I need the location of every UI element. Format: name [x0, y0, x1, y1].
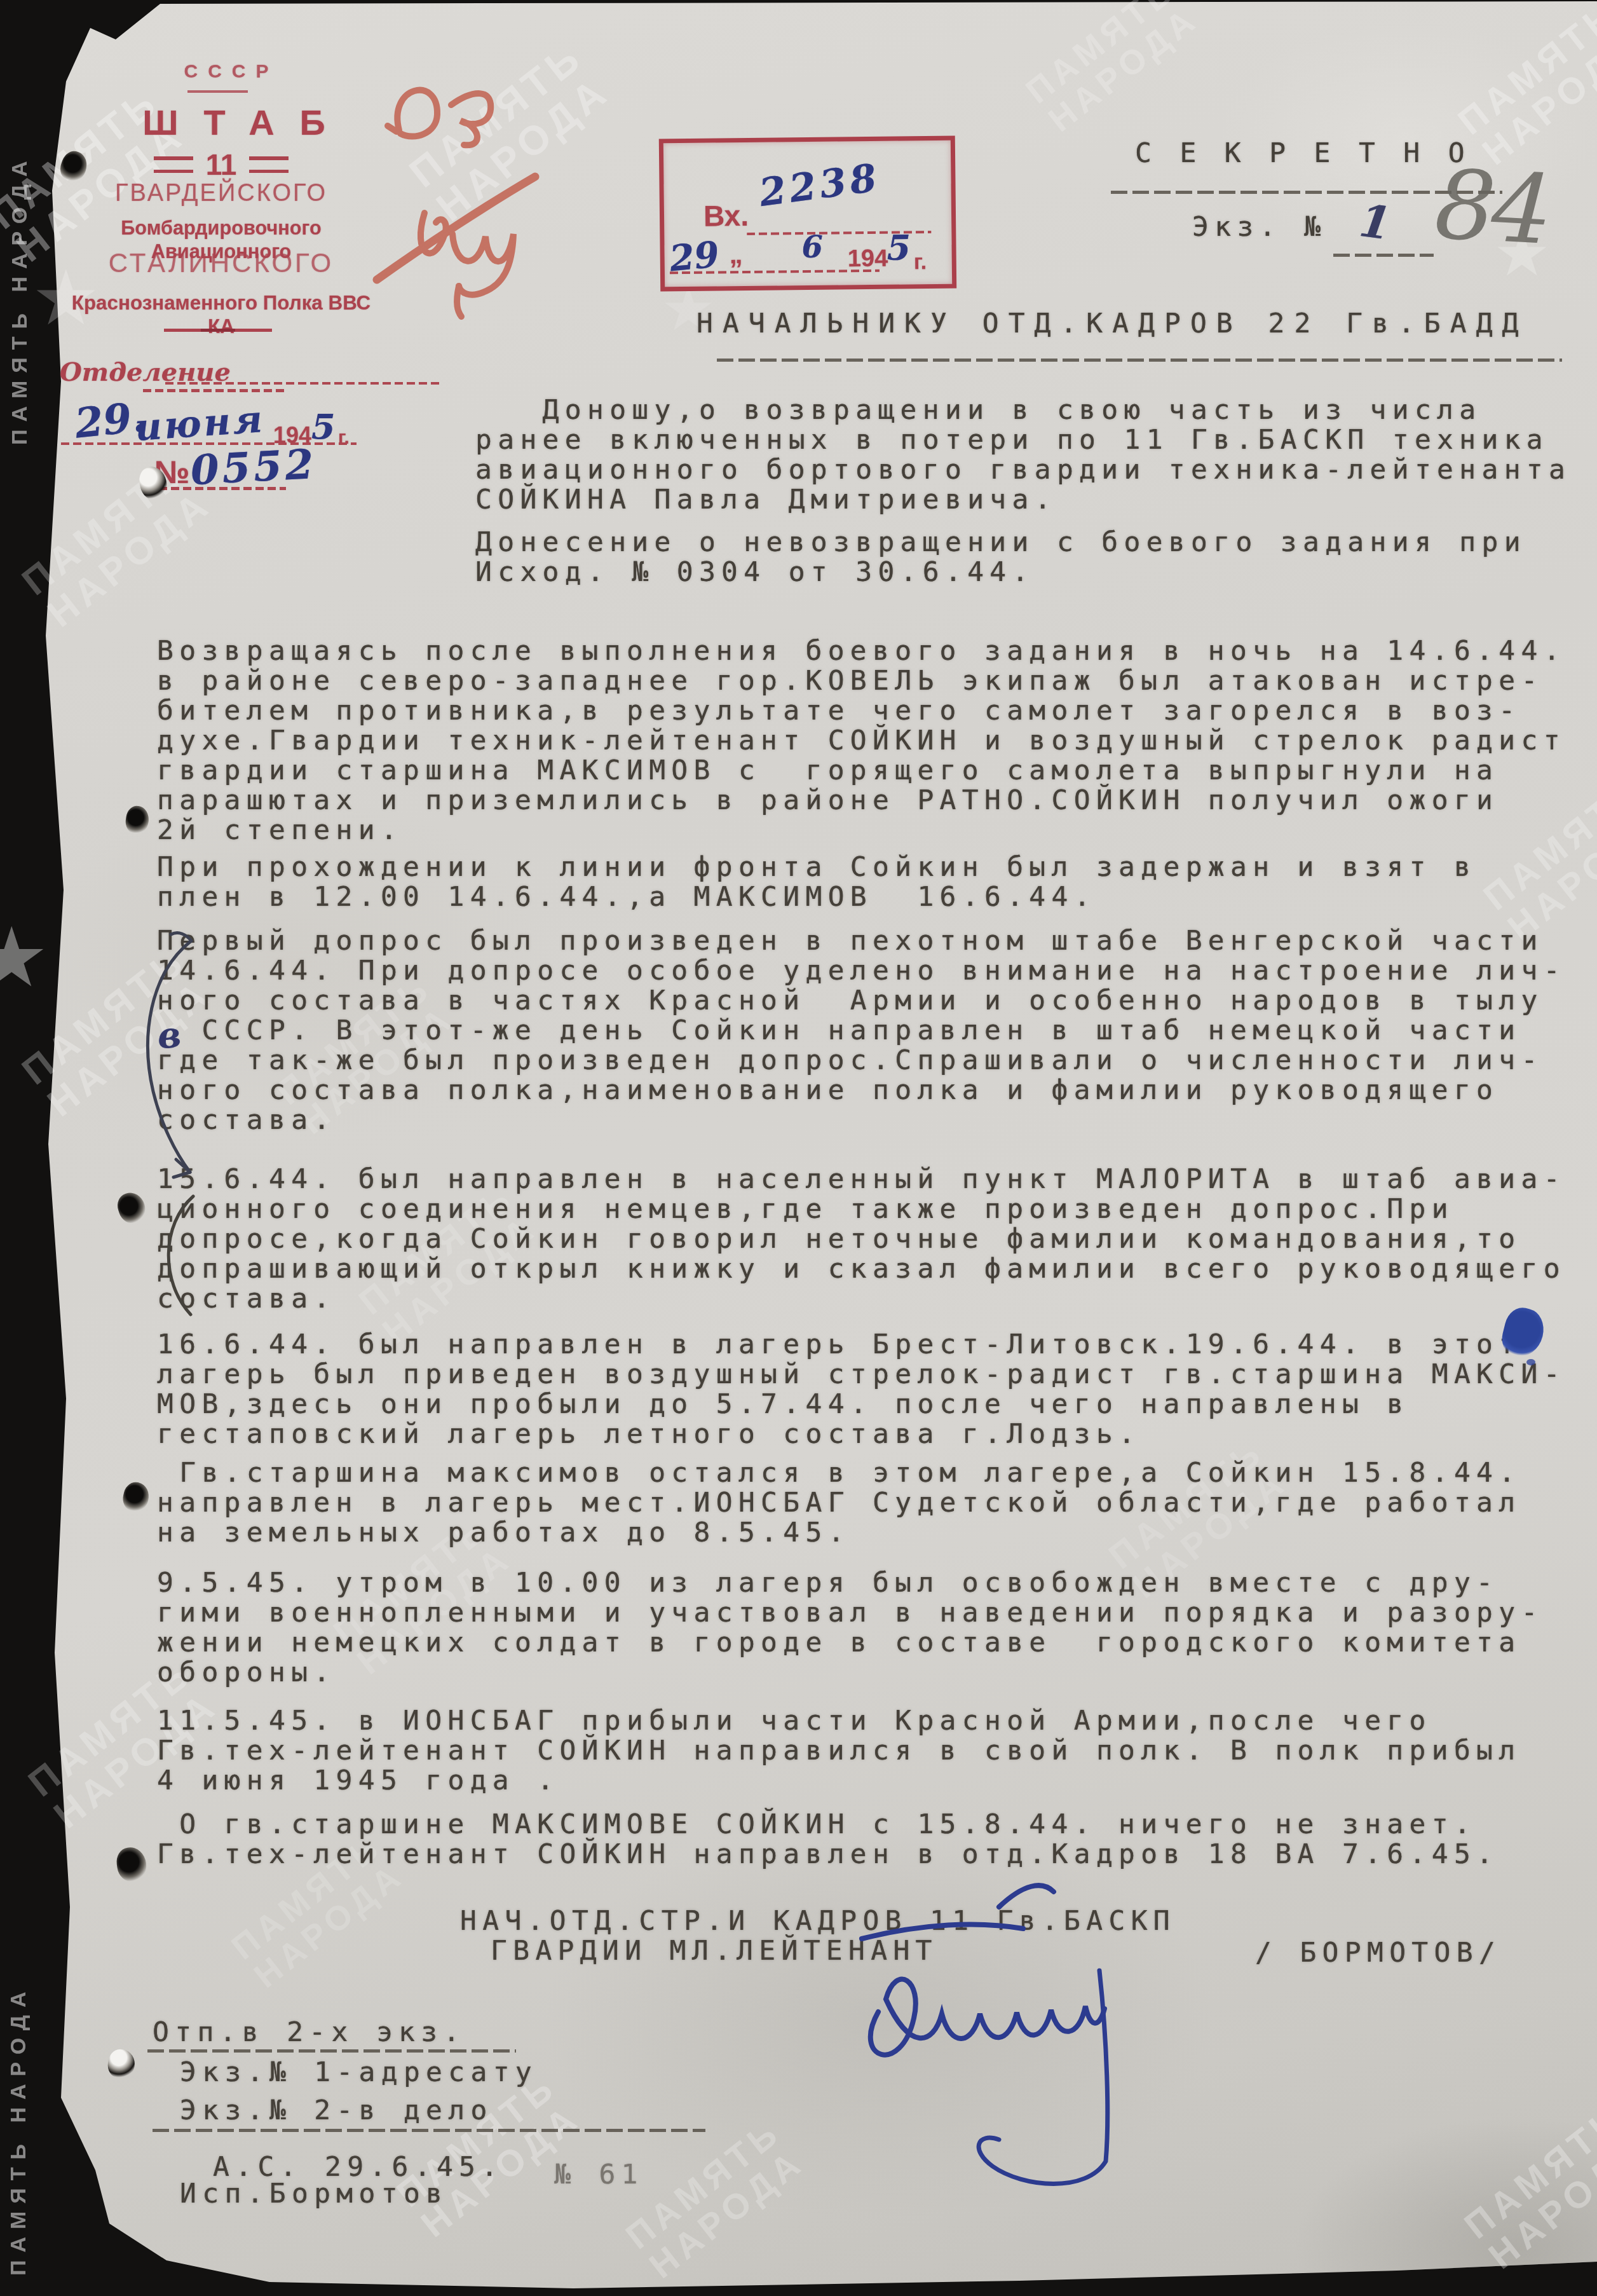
paragraph-soykin-sent: Гв.тех-лейтенант СОЙКИН направлен в отд.…: [157, 1840, 1498, 1869]
incoming-stamp: Вх. 2238 29 „ 6 194 5 г.: [659, 136, 956, 292]
double-bar-icon: [154, 156, 193, 173]
paragraph-malorita: 15.6.44. был направлен в населенный пунк…: [157, 1165, 1566, 1314]
document-scan: ПАМЯТЬ НАРОДА ПАМЯТЬ НАРОДА ПАМЯТЬ НАРОД…: [0, 0, 1597, 2296]
letterhead-regiment-number: 11: [206, 147, 237, 182]
incoming-year-handwritten: 5: [887, 227, 911, 268]
footer-copy2: Экз.№ 2-в дело: [180, 2096, 493, 2126]
footer-copies-underline: [147, 2049, 516, 2053]
incoming-label: Вх.: [703, 198, 749, 233]
paragraph-report-ref: Донесение о невозвращении с боевого зада…: [475, 528, 1526, 587]
margin-pen-arrow: [137, 929, 232, 1184]
incoming-quote: „: [729, 239, 743, 270]
footer-copy1: Экз.№ 1-адресату: [180, 2058, 538, 2088]
copy-label: Экз. №: [1192, 212, 1326, 242]
signature-ink: [832, 1862, 1252, 2206]
archive-edge-watermark: ПАМЯТЬ НАРОДА: [8, 153, 32, 445]
footer-executor: Исп.Бормотов: [180, 2179, 448, 2209]
footer-print-number: № 61: [554, 2160, 644, 2190]
date-month-handwritten: июня: [133, 397, 266, 449]
paragraph-brest-litovsk: 16.6.44. был направлен в лагерь Брест-Ли…: [157, 1330, 1566, 1449]
paragraph-liberation: 9.5.45. утром в 10.00 из лагеря был осво…: [157, 1568, 1544, 1688]
archive-edge-watermark: ПАМЯТЬ НАРОДА: [6, 1984, 31, 2276]
page-number-pencil: 84: [1432, 149, 1552, 266]
footer-copy2-underline: [153, 2129, 705, 2132]
footer-copies: Отп.в 2-х экз.: [153, 2018, 466, 2047]
incoming-year-printed: 194: [848, 245, 888, 273]
incoming-month-handwritten: 6: [801, 229, 823, 265]
letterhead-regiment-row: 11: [56, 147, 386, 182]
margin-pen-paren: [154, 1192, 205, 1320]
letterhead-stalin: СТАЛИНСКОГО: [56, 248, 386, 278]
letterhead-ornament: [164, 329, 272, 332]
paragraph-ionsbag: Гв.старшина максимов остался в этом лаге…: [157, 1458, 1521, 1548]
red-pencil-annotation: [343, 70, 699, 400]
margin-insert-handwritten: в: [156, 1014, 182, 1057]
letterhead-stamp: СССР ШТАБ 11 ГВАРДЕЙСКОГО Бомбардировочн…: [56, 53, 386, 517]
secret-label: С Е К Р Е Т Н О: [1135, 139, 1471, 168]
letterhead-department-line2: [143, 389, 288, 392]
signatory-name: / БОРМОТОВ/: [1255, 1938, 1501, 1968]
letterhead-guards: ГВАРДЕЙСКОГО: [56, 180, 386, 207]
addressee-underline: [717, 359, 1562, 362]
paragraph-first-interrogation: Первый допрос был произведен в пехотном …: [157, 926, 1566, 1135]
star-watermark-icon: ★: [0, 909, 49, 1006]
paragraph-report-intro: Доношу,о возвращении в свою часть из чис…: [475, 395, 1571, 515]
letterhead-divider: [187, 90, 248, 93]
number-underline: [159, 487, 286, 490]
date-year-unit: г.: [338, 427, 350, 449]
paragraph-capture: При прохождении к линии фронта Сойкин бы…: [157, 852, 1476, 912]
incoming-number-handwritten: 2238: [757, 155, 883, 215]
ink-blot-speck: [1526, 1359, 1535, 1365]
paragraph-maksimov-note: О гв.старшине МАКСИМОВЕ СОЙКИН с 15.8.44…: [157, 1810, 1476, 1840]
addressee-line: НАЧАЛЬНИКУ ОТД.КАДРОВ 22 Гв.БАДД: [697, 309, 1528, 339]
double-bar-icon: [249, 156, 289, 173]
incoming-year-unit: г.: [914, 250, 927, 275]
paragraph-return: 11.5.45. в ИОНСБАГ прибыли части Красной…: [157, 1706, 1521, 1796]
paragraph-shootdown: Возвращаясь после выполнения боевого зад…: [157, 636, 1566, 845]
copy-number-underline: [1333, 254, 1434, 257]
